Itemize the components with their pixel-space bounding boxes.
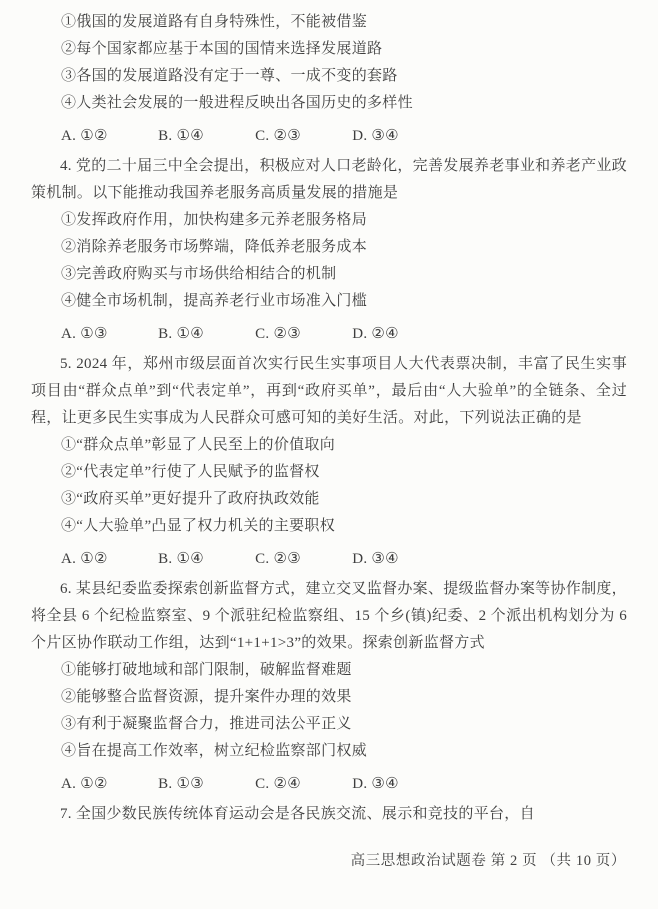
q5-stem: 5. 2024 年，郑州市级层面首次实行民生实事项目人大代表票决制，丰富了民生实… [31,351,627,432]
exam-paper-page: ①俄国的发展道路有自身特殊性，不能被借鉴 ②每个国家都应基于本国的国情来选择发展… [0,0,658,909]
q3-option-a: A. ①② [61,123,154,150]
q4-option-a: A. ①③ [61,321,154,348]
q7-stem: 7. 全国少数民族传统体育运动会是各民族交流、展示和竞技的平台，自 [31,801,627,828]
page-footer: 高三思想政治试题卷 第 2 页 （共 10 页） [351,849,626,870]
q6-statement-3: ③有利于凝聚监督合力，推进司法公平正义 [61,711,627,738]
q6-option-d: D. ③④ [352,771,399,798]
q6-stem: 6. 某县纪委监委探索创新监督方式，建立交叉监督办案、提级监督办案等协作制度，将… [31,576,627,657]
q3-option-c: C. ②③ [255,123,348,150]
q5-options-row: A. ①② B. ①④ C. ②③ D. ③④ [61,546,627,573]
q6-option-b: B. ①③ [158,771,251,798]
q3-options-row: A. ①② B. ①④ C. ②③ D. ③④ [61,123,627,150]
q5-option-d: D. ③④ [352,546,399,573]
q5-option-a: A. ①② [61,546,154,573]
q4-option-c: C. ②③ [255,321,348,348]
q6-options-row: A. ①② B. ①③ C. ②④ D. ③④ [61,771,627,798]
q3-statement-2: ②每个国家都应基于本国的国情来选择发展道路 [61,36,627,63]
q4-option-b: B. ①④ [158,321,251,348]
q6-statement-4: ④旨在提高工作效率，树立纪检监察部门权威 [61,738,627,765]
q4-statement-1: ①发挥政府作用，加快构建多元养老服务格局 [61,207,627,234]
q5-statement-2: ②“代表定单”行使了人民赋予的监督权 [61,459,627,486]
q6-statement-1: ①能够打破地域和部门限制，破解监督难题 [61,657,627,684]
q5-option-c: C. ②③ [255,546,348,573]
page-content: ①俄国的发展道路有自身特殊性，不能被借鉴 ②每个国家都应基于本国的国情来选择发展… [0,0,658,828]
q4-option-d: D. ②④ [352,321,399,348]
q6-option-a: A. ①② [61,771,154,798]
q3-statement-4: ④人类社会发展的一般进程反映出各国历史的多样性 [61,90,627,117]
q4-statement-4: ④健全市场机制，提高养老行业市场准入门槛 [61,288,627,315]
q3-option-d: D. ③④ [352,123,399,150]
q4-stem: 4. 党的二十届三中全会提出，积极应对人口老龄化，完善发展养老事业和养老产业政策… [31,153,627,207]
q3-statement-1: ①俄国的发展道路有自身特殊性，不能被借鉴 [61,9,627,36]
q4-statement-3: ③完善政府购买与市场供给相结合的机制 [61,261,627,288]
q4-options-row: A. ①③ B. ①④ C. ②③ D. ②④ [61,321,627,348]
q3-statement-3: ③各国的发展道路没有定于一尊、一成不变的套路 [61,63,627,90]
q6-option-c: C. ②④ [255,771,348,798]
q3-option-b: B. ①④ [158,123,251,150]
page-footer-text: 高三思想政治试题卷 第 2 页 （共 10 页） [351,853,626,869]
q5-statement-3: ③“政府买单”更好提升了政府执政效能 [61,486,627,513]
q5-option-b: B. ①④ [158,546,251,573]
q6-statement-2: ②能够整合监督资源，提升案件办理的效果 [61,684,627,711]
q4-statement-2: ②消除养老服务市场弊端，降低养老服务成本 [61,234,627,261]
q5-statement-4: ④“人大验单”凸显了权力机关的主要职权 [61,513,627,540]
q5-statement-1: ①“群众点单”彰显了人民至上的价值取向 [61,432,627,459]
